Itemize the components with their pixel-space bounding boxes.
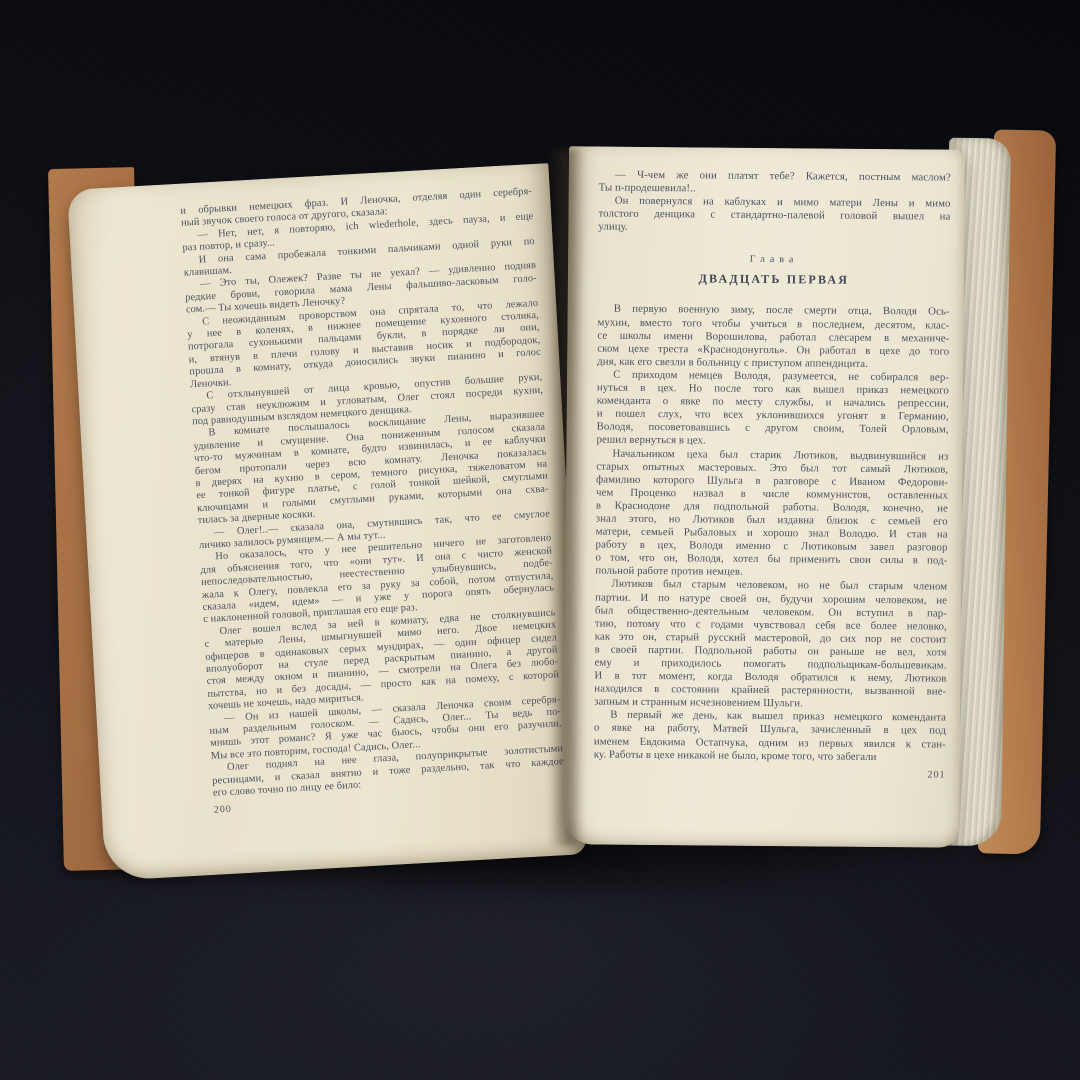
left-page: и обрывки немецких фраз. И Леночка, отде…	[67, 163, 587, 881]
chapter-title: ДВАДЦАТЬ ПЕРВАЯ	[598, 272, 950, 290]
right-page: — Ч-чем же они платят тебе? Кажется, пос…	[563, 146, 965, 847]
open-book: и обрывки немецких фраз. И Леночка, отде…	[0, 0, 1080, 1080]
chapter-label: Глава	[598, 252, 950, 267]
right-page-number: 201	[594, 765, 946, 781]
book-photo-scene: и обрывки немецких фраз. И Леночка, отде…	[0, 0, 1080, 1080]
right-page-body-lines: В первую военную зиму, после смерти отца…	[594, 303, 950, 764]
text-line: улицу.	[598, 221, 950, 237]
left-page-text: и обрывки немецких фраз. И Леночка, отде…	[180, 186, 566, 817]
right-page-text: — Ч-чем же они платят тебе? Кажется, пос…	[594, 169, 951, 782]
left-page-lines: и обрывки немецких фраз. И Леночка, отде…	[180, 186, 565, 800]
right-page-opening-lines: — Ч-чем же они платят тебе? Кажется, пос…	[598, 169, 951, 238]
